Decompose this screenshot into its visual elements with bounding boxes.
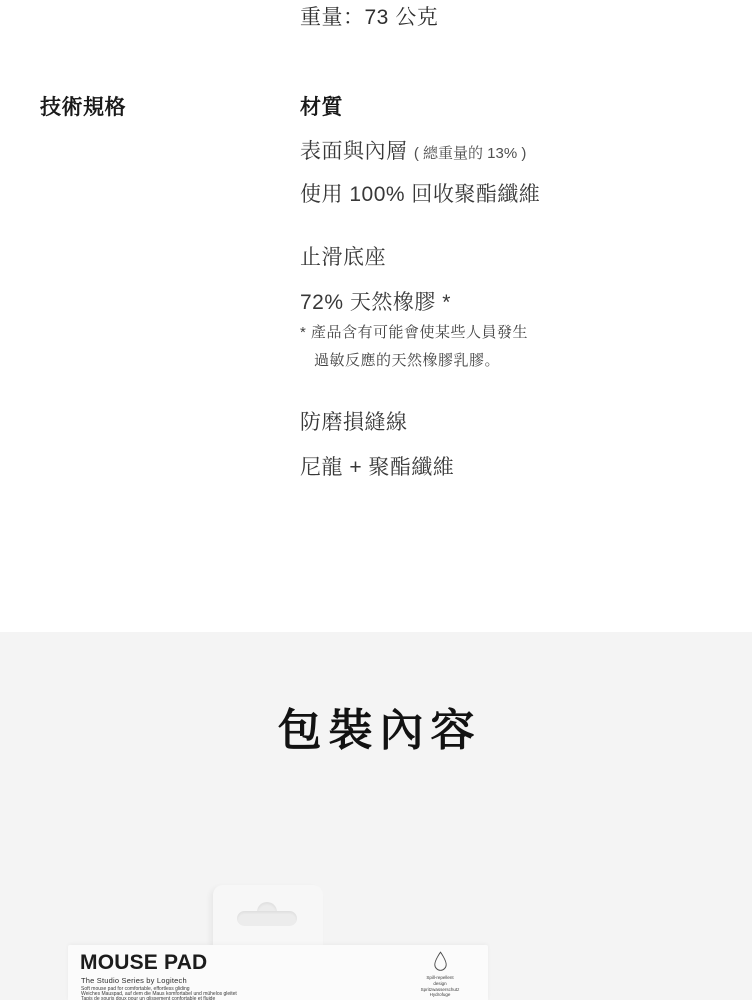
weight-spec-line: 重量：73 公克 bbox=[300, 1, 438, 31]
feature-text-lines: Spill-repellent design Spritzwasserschut… bbox=[400, 975, 480, 998]
surface-layer-note: ( 總重量的 13% ) bbox=[414, 145, 527, 162]
surface-layer-line: 表面與內層 ( 總重量的 13% ) bbox=[300, 135, 526, 165]
base-value: 72% 天然橡膠 * bbox=[300, 286, 451, 316]
package-product-name: MOUSE PAD bbox=[80, 951, 207, 975]
hang-hole-slot bbox=[237, 911, 297, 926]
package-description-lines: Soft mouse pad for comfortable, effortle… bbox=[81, 987, 237, 1000]
rubber-footnote-line2: 過敏反應的天然橡膠乳膠。 bbox=[314, 349, 500, 370]
stitching-label: 防磨損縫線 bbox=[300, 406, 408, 436]
water-drop-icon bbox=[400, 951, 480, 972]
package-contents-section: 包裝內容 MOUSE PAD The Studio Series by Logi… bbox=[0, 632, 752, 1000]
spill-repellent-feature: Spill-repellent design Spritzwasserschut… bbox=[400, 951, 480, 998]
tech-specs-section-title: 技術規格 bbox=[40, 91, 126, 121]
package-hang-tab bbox=[213, 885, 323, 946]
feature-line-4: Hydrofuge bbox=[400, 992, 480, 998]
package-contents-title: 包裝內容 bbox=[0, 694, 752, 758]
surface-layer-value: 使用 100% 回收聚酯纖維 bbox=[300, 178, 540, 208]
base-label: 止滑底座 bbox=[300, 241, 386, 271]
package-front-panel: MOUSE PAD The Studio Series by Logitech … bbox=[68, 945, 488, 1000]
product-spec-page: 重量：73 公克 技術規格 材質 表面與內層 ( 總重量的 13% ) 使用 1… bbox=[0, 0, 752, 1000]
rubber-footnote-line1: * 產品含有可能會使某些人員發生 bbox=[300, 321, 528, 342]
package-series-label: The Studio Series by Logitech bbox=[81, 976, 187, 985]
surface-layer-label: 表面與內層 bbox=[300, 140, 408, 163]
material-heading: 材質 bbox=[300, 91, 343, 121]
stitching-value: 尼龍 + 聚酯纖維 bbox=[300, 451, 454, 481]
